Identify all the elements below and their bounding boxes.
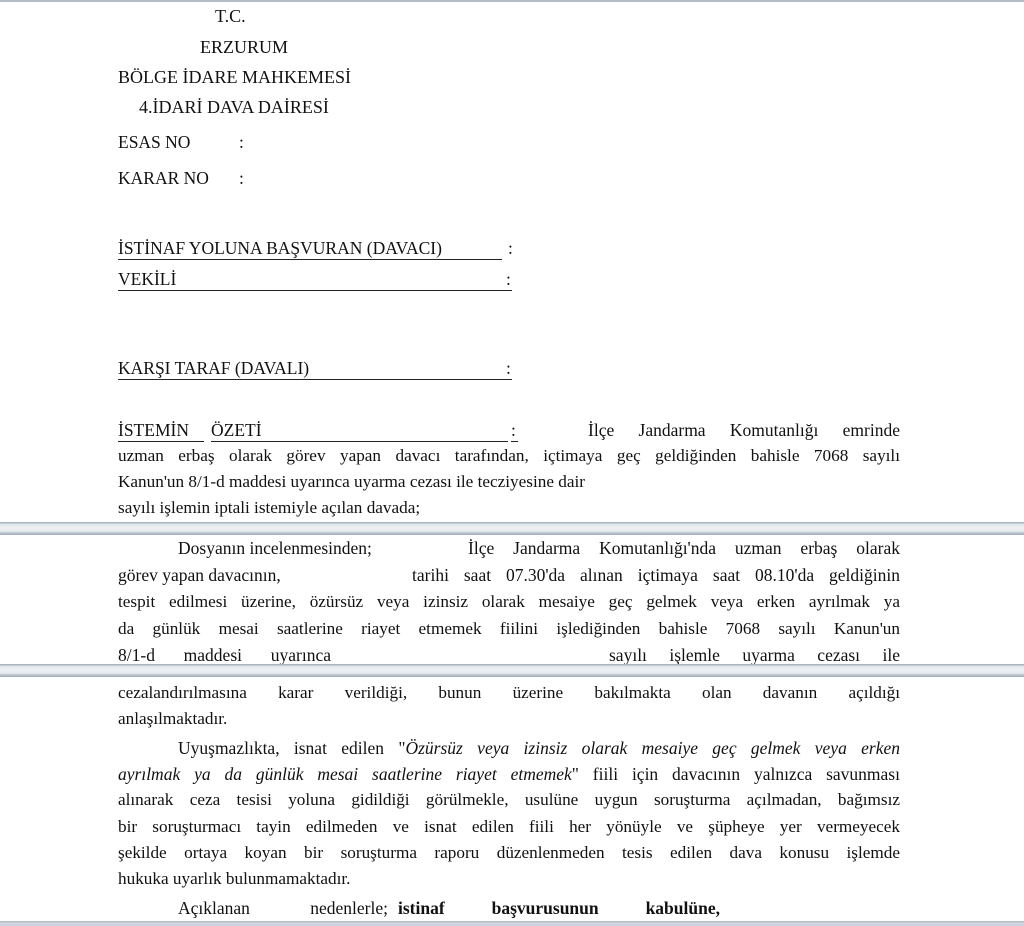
appellant-colon: : [508,238,513,258]
summary-line-1: İlçe Jandarma Komutanlığı emrinde [588,420,900,440]
p1-line1-b: İlçe Jandarma Komutanlığı'nda uzman erba… [468,538,900,558]
attorney-colon: : [506,269,511,289]
p2-line3: alınarak ceza tesisi yoluna gidildiği gö… [118,790,900,810]
summary-label-1: İSTEMİN [118,420,189,440]
esas-no-label: ESAS NO [118,132,190,152]
appellant-label: İSTİNAF YOLUNA BAŞVURAN (DAVACI) [118,238,442,258]
appellant-underline [118,259,502,260]
p1-line3: tespit edilmesi üzerine, özürsüz veya iz… [118,592,900,612]
p2-line5: şekilde ortaya koyan bir soruşturma rapo… [118,843,900,863]
p2-line2: ayrılmak ya da günlük mesai saatlerine r… [118,764,900,784]
p1-line7: anlaşılmaktadır. [118,709,900,729]
summary-line-2: uzman erbaş olarak görev yapan davacı ta… [118,446,900,466]
p2-line4: bir soruşturmacı tayin edilmeden ve isna… [118,817,900,837]
p2-line2-italic: ayrılmak ya da günlük mesai saatlerine r… [118,764,572,784]
summary-underline-1 [118,441,204,442]
respondent-underline [118,379,512,380]
attorney-label: VEKİLİ [118,269,176,289]
p1-line6: cezalandırılmasına karar verildiği, bunu… [118,683,900,703]
summary-label-2: ÖZETİ [211,420,262,440]
page-separator [0,522,1024,535]
karar-no-colon: : [239,168,244,188]
p2-line1: Uyuşmazlıkta, isnat edilen "Özürsüz veya… [178,738,900,758]
p3-decision: istinaf başvurusunun kabulüne, [398,898,720,918]
respondent-label: KARŞI TARAF (DAVALI) [118,358,309,378]
p1-line5-b: sayılı işlemle uyarma cezası ile [609,645,900,665]
header-tc: T.C. [215,6,246,26]
p3-reason: Açıklanan nedenlerle; [178,898,388,918]
respondent-colon: : [506,358,511,378]
p2-line1-a: Uyuşmazlıkta, isnat edilen " [178,738,405,758]
page-bottom-separator [0,921,1024,926]
p2-line1-italic: Özürsüz veya izinsiz olarak mesaiye geç … [405,738,900,758]
p2-line2-b: " fiili için davacının yalnızca savunmas… [572,764,900,784]
esas-no-colon: : [239,132,244,152]
p1-line2-b: tarihi saat 07.30'da alınan içtimaya saa… [412,565,900,585]
p2-line6: hukuka uyarlık bulunmamaktadır. [118,869,900,889]
summary-line-4: sayılı işlemin iptali istemiyle açılan d… [118,498,900,518]
page-separator [0,664,1024,677]
attorney-underline [118,290,512,291]
summary-underline-3 [511,441,518,442]
summary-colon: : [511,420,516,440]
summary-line-3: Kanun'un 8/1-d maddesi uyarınca uyarma c… [118,472,900,492]
header-court: BÖLGE İDARE MAHKEMESİ [118,67,351,87]
header-chamber: 4.İDARİ DAVA DAİRESİ [139,97,329,117]
karar-no-label: KARAR NO [118,168,209,188]
p1-line4: da günlük mesai saatlerine riayet etmeme… [118,619,900,639]
summary-underline-2 [211,441,508,442]
header-city: ERZURUM [200,37,288,57]
page-top-border [0,0,1024,2]
p1-line5-a: 8/1-d maddesi uyarınca [118,645,331,665]
p1-line2-a: görev yapan davacının, [118,565,281,585]
p1-line1-a: Dosyanın incelenmesinden; [178,538,372,558]
